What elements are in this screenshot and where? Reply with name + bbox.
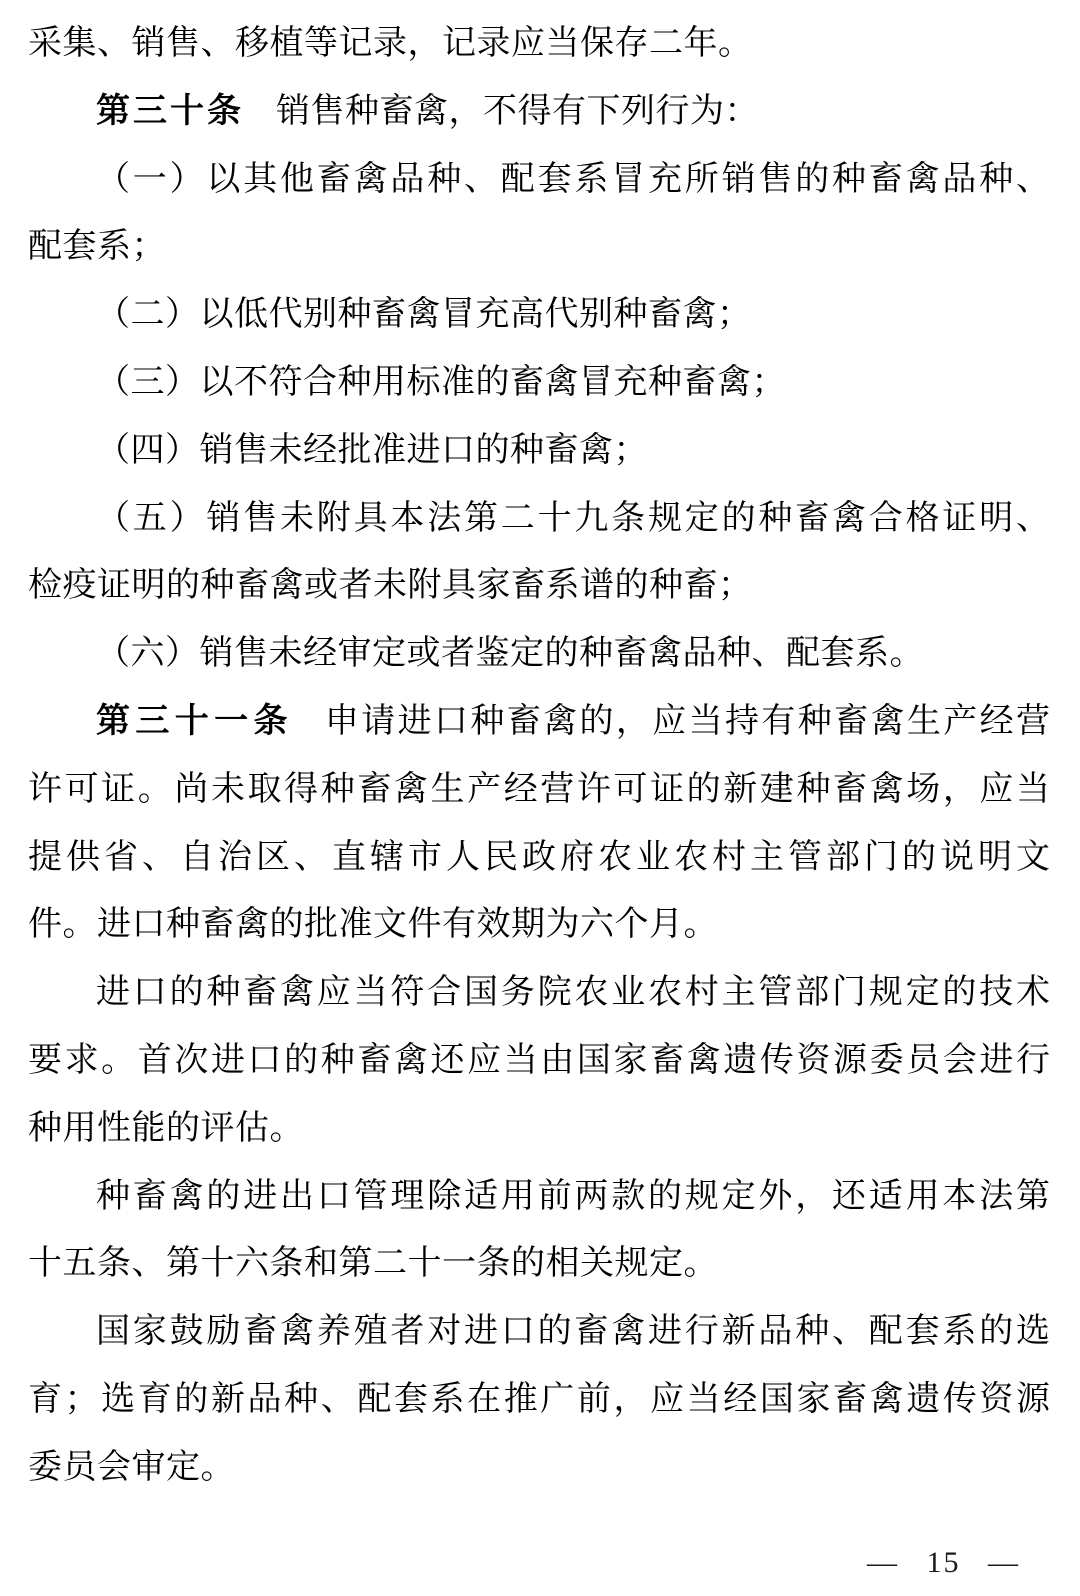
text-line: 种畜禽的进出口管理除适用前两款的规定外，还适用本法第 <box>28 1163 1050 1231</box>
text-line: 检疫证明的种畜禽或者未附具家畜系谱的种畜； <box>28 552 1050 620</box>
text-line: 种用性能的评估。 <box>28 1095 1050 1163</box>
text-line: 育；选育的新品种、配套系在推广前，应当经国家畜禽遗传资源 <box>28 1366 1050 1434</box>
text-segment: 要求。首次进口的种畜禽还应当由国家畜禽遗传资源委员会进行 <box>28 1042 1050 1079</box>
text-line: （二）以低代别种畜禽冒充高代别种畜禽； <box>28 281 1050 349</box>
text-segment: （三）以不符合种用标准的畜禽冒充种畜禽； <box>96 364 786 401</box>
text-segment: （五）销售未附具本法第二十九条规定的种畜禽合格证明、 <box>96 500 1050 537</box>
text-segment: 国家鼓励畜禽养殖者对进口的畜禽进行新品种、配套系的选 <box>96 1313 1050 1350</box>
text-segment: （二）以低代别种畜禽冒充高代别种畜禽； <box>96 296 752 333</box>
text-line: （四）销售未经批准进口的种畜禽； <box>28 417 1050 485</box>
text-line: （一）以其他畜禽品种、配套系冒充所销售的种畜禽品种、 <box>28 146 1050 214</box>
text-line: 十五条、第十六条和第二十一条的相关规定。 <box>28 1230 1050 1298</box>
text-line: （五）销售未附具本法第二十九条规定的种畜禽合格证明、 <box>28 485 1050 553</box>
text-line: 许可证。尚未取得种畜禽生产经营许可证的新建种畜禽场，应当 <box>28 756 1050 824</box>
text-segment: 件。进口种畜禽的批准文件有效期为六个月。 <box>28 906 718 943</box>
text-segment: （一）以其他畜禽品种、配套系冒充所销售的种畜禽品种、 <box>96 161 1050 198</box>
text-segment: 采集、销售、移植等记录，记录应当保存二年。 <box>28 25 753 62</box>
text-line: 要求。首次进口的种畜禽还应当由国家畜禽遗传资源委员会进行 <box>28 1027 1050 1095</box>
text-segment: 种畜禽的进出口管理除适用前两款的规定外，还适用本法第 <box>96 1178 1050 1215</box>
article-number: 第三十条 <box>96 93 244 130</box>
text-segment: 检疫证明的种畜禽或者未附具家畜系谱的种畜； <box>28 567 753 604</box>
text-segment: 委员会审定。 <box>28 1449 235 1486</box>
text-segment: 配套系； <box>28 228 166 265</box>
text-segment: 十五条、第十六条和第二十一条的相关规定。 <box>28 1245 718 1282</box>
text-segment: （六）销售未经审定或者鉴定的种畜禽品种、配套系。 <box>96 635 924 672</box>
text-segment: 育；选育的新品种、配套系在推广前，应当经国家畜禽遗传资源 <box>28 1381 1050 1418</box>
text-segment: 申请进口种畜禽的，应当持有种畜禽生产经营 <box>325 703 1050 740</box>
article-heading-line: 第三十条销售种畜禽，不得有下列行为： <box>28 78 1050 146</box>
text-segment: 进口的种畜禽应当符合国务院农业农村主管部门规定的技术 <box>96 974 1050 1011</box>
text-segment: 销售种畜禽，不得有下列行为： <box>276 93 759 130</box>
text-line: 提供省、自治区、直辖市人民政府农业农村主管部门的说明文 <box>28 824 1050 892</box>
article-number: 第三十一条 <box>96 703 293 740</box>
text-segment: 许可证。尚未取得种畜禽生产经营许可证的新建种畜禽场，应当 <box>28 771 1050 808</box>
text-segment: 种用性能的评估。 <box>28 1110 304 1147</box>
text-line: 配套系； <box>28 213 1050 281</box>
document-page: 采集、销售、移植等记录，记录应当保存二年。第三十条销售种畜禽，不得有下列行为：（… <box>0 0 1080 1596</box>
text-line: 委员会审定。 <box>28 1434 1050 1502</box>
text-line: 件。进口种畜禽的批准文件有效期为六个月。 <box>28 891 1050 959</box>
text-segment: （四）销售未经批准进口的种畜禽； <box>96 432 648 469</box>
text-line: （三）以不符合种用标准的畜禽冒充种畜禽； <box>28 349 1050 417</box>
text-line: 进口的种畜禽应当符合国务院农业农村主管部门规定的技术 <box>28 959 1050 1027</box>
text-line: （六）销售未经审定或者鉴定的种畜禽品种、配套系。 <box>28 620 1050 688</box>
text-segment: 提供省、自治区、直辖市人民政府农业农村主管部门的说明文 <box>28 839 1050 876</box>
text-line: 国家鼓励畜禽养殖者对进口的畜禽进行新品种、配套系的选 <box>28 1298 1050 1366</box>
text-block: 采集、销售、移植等记录，记录应当保存二年。第三十条销售种畜禽，不得有下列行为：（… <box>28 10 1050 1502</box>
text-line: 采集、销售、移植等记录，记录应当保存二年。 <box>28 10 1050 78</box>
page-number: — 15 — <box>867 1546 1020 1580</box>
article-heading-line: 第三十一条申请进口种畜禽的，应当持有种畜禽生产经营 <box>28 688 1050 756</box>
